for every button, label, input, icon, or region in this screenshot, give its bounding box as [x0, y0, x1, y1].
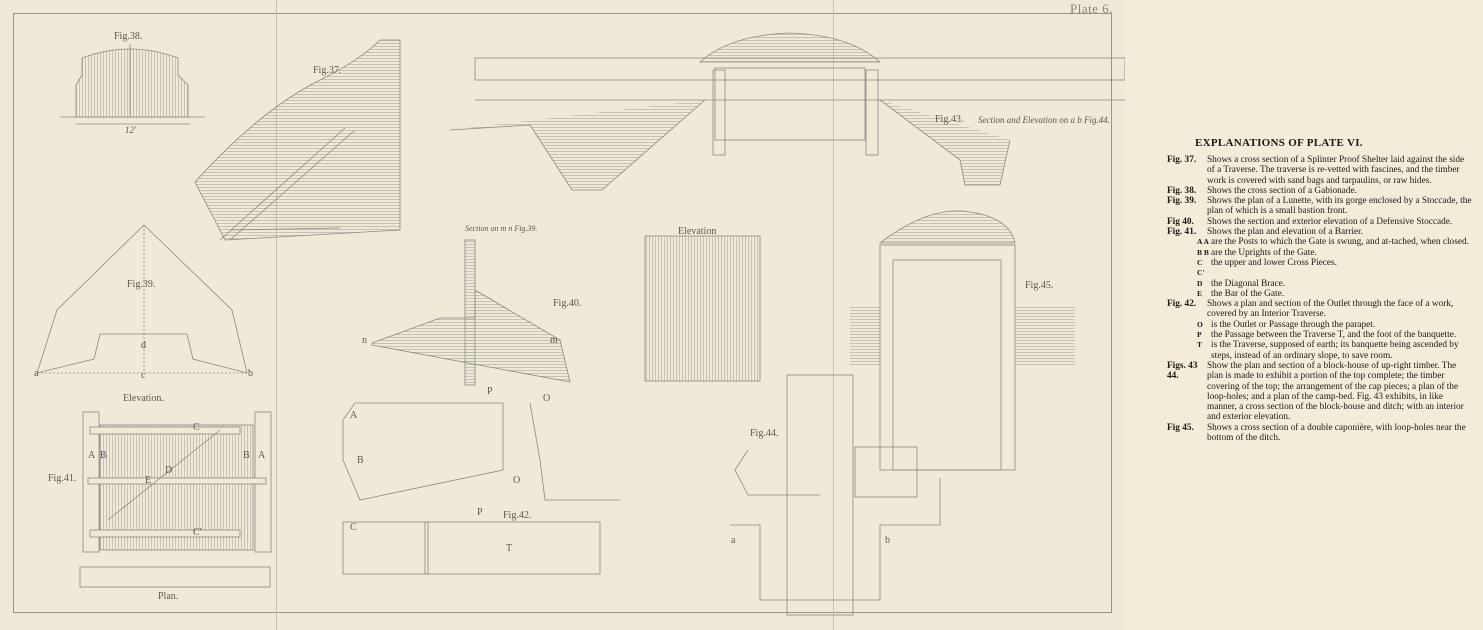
explanation-subitem: Ois the Outlet or Passage through the pa… — [1167, 320, 1472, 330]
sub-key: D — [1197, 279, 1211, 289]
sub-key: A A — [1197, 237, 1211, 247]
sub-key: C C' — [1197, 258, 1211, 279]
explanation-subitem: Tis the Traverse, supposed of earth; its… — [1167, 340, 1472, 361]
fig42-point-C: C — [350, 522, 357, 533]
explanation-text: Shows the section and exterior elevation… — [1207, 217, 1472, 227]
sub-text: the Diagonal Brace. — [1211, 279, 1472, 289]
explanation-fig: Fig. 37. — [1167, 155, 1207, 186]
fig38-label: Fig.38. — [114, 31, 142, 42]
sub-key: O — [1197, 320, 1211, 330]
fig42-point-B: B — [357, 455, 364, 466]
explanation-item: Fig. 41.Shows the plan and elevation of … — [1167, 227, 1472, 237]
sub-text: are the Posts to which the Gate is swung… — [1211, 237, 1472, 247]
fig39-point-b: b — [248, 368, 253, 379]
fig39-point-c: c — [141, 370, 145, 381]
plate-drawings — [0, 0, 1125, 630]
fig39-label: Fig.39. — [127, 279, 155, 290]
explanation-item: Fig 40.Shows the section and exterior el… — [1167, 217, 1472, 227]
sub-text: is the Traverse, supposed of earth; its … — [1211, 340, 1472, 361]
fig41-label: Fig.41. — [48, 473, 76, 484]
explanation-text: Shows the plan of a Lunette, with its go… — [1207, 196, 1472, 217]
explanations-list: Fig. 37.Shows a cross section of a Splin… — [1167, 155, 1472, 443]
explanation-item: Fig. 42.Shows a plan and section of the … — [1167, 299, 1472, 320]
fig41-plan-caption: Plan. — [158, 591, 178, 602]
fig42-point-T: T — [506, 543, 512, 554]
explanation-fig: Fig. 38. — [1167, 186, 1207, 196]
fig39-point-d: d — [141, 340, 146, 351]
fig41-point-B-right: B — [243, 450, 250, 461]
fig40-elevation-caption: Elevation — [678, 226, 716, 237]
explanation-fig: Figs. 43 44. — [1167, 361, 1207, 423]
fig39-point-a: a — [34, 368, 38, 379]
fig44-drawing — [730, 375, 940, 615]
explanation-fig: Fig. 41. — [1167, 227, 1207, 237]
fig42-point-P2: P — [477, 507, 483, 518]
sub-key: T — [1197, 340, 1211, 361]
sub-key: B B — [1197, 248, 1211, 258]
fig38-drawing — [60, 44, 205, 124]
engraved-plate: Plate 6. — [0, 0, 1125, 630]
explanation-text: Shows the plan and elevation of a Barrie… — [1207, 227, 1472, 237]
sub-key: P — [1197, 330, 1211, 340]
explanation-text: Shows the cross section of a Gabionade. — [1207, 186, 1472, 196]
fig42-point-O: O — [543, 393, 550, 404]
fig40-point-n: n — [362, 335, 367, 346]
sub-key: E — [1197, 289, 1211, 299]
fig41-elevation-caption: Elevation. — [123, 393, 164, 404]
fig42-point-O2: O — [513, 475, 520, 486]
fig40-drawing — [372, 236, 760, 385]
fig42-drawing — [343, 403, 620, 574]
explanation-text: Shows a cross section of a double caponi… — [1207, 423, 1472, 444]
fig40-point-m: m — [550, 335, 558, 346]
fig41-drawing — [80, 412, 271, 587]
explanation-fig: Fig 45. — [1167, 423, 1207, 444]
fig38-dimension: 12' — [125, 125, 136, 135]
fig44-point-a: a — [731, 535, 735, 546]
sub-text: the upper and lower Cross Pieces. — [1211, 258, 1472, 279]
explanation-item: Figs. 43 44.Show the plan and section of… — [1167, 361, 1472, 423]
fig41-point-C-prime: C' — [193, 527, 201, 538]
explanation-text: Shows a cross section of a Splinter Proo… — [1207, 155, 1472, 186]
fig45-label: Fig.45. — [1025, 280, 1053, 291]
explanation-item: Fig 45.Shows a cross section of a double… — [1167, 423, 1472, 444]
fig42-label: Fig.42. — [503, 510, 531, 521]
explanation-fig: Fig 40. — [1167, 217, 1207, 227]
explanation-subitem: B Bare the Uprights of the Gate. — [1167, 248, 1472, 258]
explanation-item: Fig. 37.Shows a cross section of a Splin… — [1167, 155, 1472, 186]
fig37-drawing — [195, 40, 400, 240]
explanation-text: Shows a plan and section of the Outlet t… — [1207, 299, 1472, 320]
fig43-caption: Section and Elevation on a b Fig.44. — [978, 115, 1110, 125]
fig42-point-A: A — [350, 410, 357, 421]
explanations-title: EXPLANATIONS OF PLATE VI. — [1195, 137, 1363, 149]
explanation-subitem: C C'the upper and lower Cross Pieces. — [1167, 258, 1472, 279]
explanation-item: Fig. 39.Shows the plan of a Lunette, wit… — [1167, 196, 1472, 217]
fig44-point-b: b — [885, 535, 890, 546]
fig43-drawing — [450, 33, 1125, 190]
fig37-label: Fig.37. — [313, 65, 341, 76]
explanation-fig: Fig. 39. — [1167, 196, 1207, 217]
fig41-point-E: E — [145, 475, 151, 486]
explanations-panel: EXPLANATIONS OF PLATE VI. Fig. 37.Shows … — [1125, 0, 1483, 630]
explanation-subitem: Dthe Diagonal Brace. — [1167, 279, 1472, 289]
explanation-subitem: A Aare the Posts to which the Gate is sw… — [1167, 237, 1472, 247]
fig41-point-A: A — [88, 450, 95, 461]
fig45-drawing — [850, 211, 1075, 470]
fig41-point-D: D — [165, 465, 172, 476]
fig42-point-P: P — [487, 386, 493, 397]
fig41-point-C: C — [193, 422, 200, 433]
fig41-point-B: B — [100, 450, 107, 461]
explanation-item: Fig. 38.Shows the cross section of a Gab… — [1167, 186, 1472, 196]
explanation-text: Show the plan and section of a block-hou… — [1207, 361, 1472, 423]
fig44-label: Fig.44. — [750, 428, 778, 439]
sub-text: the Passage between the Traverse T, and … — [1211, 330, 1472, 340]
explanation-subitem: Ethe Bar of the Gate. — [1167, 289, 1472, 299]
fig40-section-caption: Section on m n Fig.39. — [465, 224, 537, 233]
sub-text: are the Uprights of the Gate. — [1211, 248, 1472, 258]
fig43-label: Fig.43. — [935, 114, 963, 125]
fig41-point-A-right: A — [258, 450, 265, 461]
sub-text: the Bar of the Gate. — [1211, 289, 1472, 299]
explanation-fig: Fig. 42. — [1167, 299, 1207, 320]
explanation-subitem: Pthe Passage between the Traverse T, and… — [1167, 330, 1472, 340]
sub-text: is the Outlet or Passage through the par… — [1211, 320, 1472, 330]
fig40-label: Fig.40. — [553, 298, 581, 309]
